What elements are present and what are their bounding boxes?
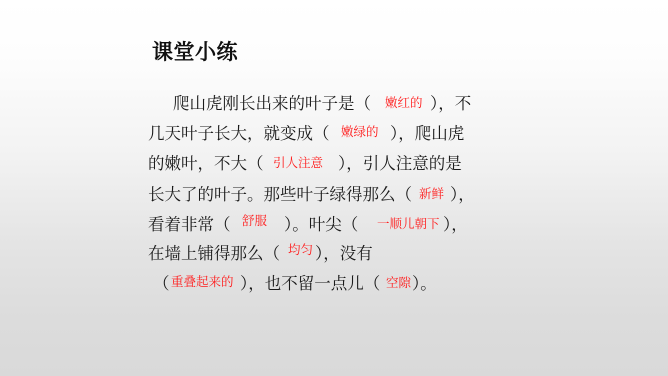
line-text: ），爬山虎 — [390, 120, 464, 144]
line-text: 爬山虎刚长出来的叶子是（ — [173, 90, 371, 114]
line-text: 长大了的叶子。那些叶子绿得那么（ — [148, 181, 412, 205]
answer-text: 新鲜 — [419, 186, 444, 202]
line-text: 在墙上铺得那么（ — [148, 240, 280, 264]
answer-text: 重叠起来的 — [171, 274, 234, 290]
answer-text: 嫩绿的 — [341, 124, 379, 140]
answer-text: 一顺儿朝下 — [377, 216, 440, 232]
answer-text: 空隙 — [386, 275, 411, 291]
line-text: （ — [153, 270, 170, 294]
line-text: 的嫩叶，不大（ — [148, 150, 264, 174]
answer-text: 嫩红的 — [385, 95, 423, 111]
line-text: ）。 — [412, 270, 437, 294]
line-text: 看着非常（ — [148, 211, 231, 235]
line-text: ）， — [443, 211, 468, 235]
line-text: ），引人注意的是 — [338, 150, 462, 174]
slide-title: 课堂小练 — [152, 36, 238, 66]
line-text: 几天叶子长大，就变成（ — [148, 120, 330, 144]
line-text: ）， — [450, 181, 475, 205]
line-text: ），没有 — [315, 240, 373, 264]
answer-text: 均匀 — [288, 242, 313, 258]
line-text: ）。叶尖（ — [284, 211, 358, 235]
line-text: ），也不留一点儿（ — [240, 270, 380, 294]
line-text: ），不 — [430, 90, 471, 114]
answer-text: 舒服 — [242, 213, 267, 229]
answer-text: 引人注意 — [273, 155, 323, 171]
